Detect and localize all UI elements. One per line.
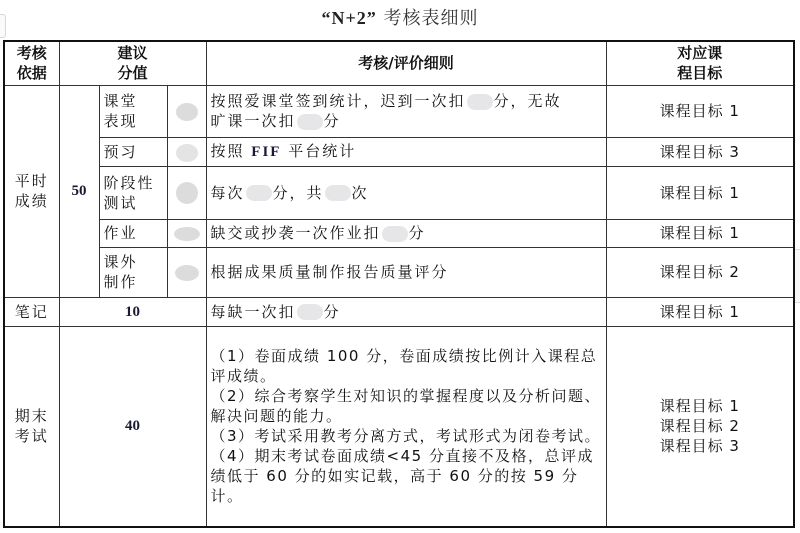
rule-text: 分，无故 [494,92,562,110]
header-goal-line1: 对应课 [611,43,790,63]
redaction-blob-icon [174,227,200,241]
redaction-blob-icon [297,114,323,130]
rule-platform: FIF [251,144,281,160]
item-score-redacted [167,85,206,137]
rule-text: 平台统计 [281,142,356,160]
section-label-line1: 期末 [9,406,55,426]
item-goal: 课程目标 1 [606,297,794,326]
table-row: 作业 缺交或抄袭一次作业扣分 课程目标 1 [4,219,794,247]
redaction-blob-icon [467,94,493,110]
item-goal: 课程目标 3 [606,137,794,166]
final-rule-3: （3）考试采用教考分离方式，考试形式为闭卷考试。 [211,426,602,446]
item-rule: 缺交或抄袭一次作业扣分 [206,219,606,247]
section-label-line2: 成绩 [9,191,55,211]
section-score-notes: 10 [59,297,206,326]
item-name-line2: 表现 [104,111,163,131]
rule-text: 按照 [211,142,252,160]
section-score-final: 40 [59,326,206,527]
header-rules: 考核/评价细则 [206,41,606,85]
item-score-redacted [167,166,206,219]
redaction-blob-icon [297,304,323,320]
item-rule: 根据成果质量制作报告质量评分 [206,247,606,297]
redaction-blob-icon [176,103,198,121]
header-basis-line2: 依据 [9,63,55,83]
title-latin: “N+2” [322,8,377,28]
rule-text: 分 [324,303,341,321]
header-score: 建议 分值 [59,41,206,85]
header-basis-line1: 考核 [9,43,55,63]
item-goal: 课程目标 1 [606,219,794,247]
item-name-line1: 课堂 [104,91,163,111]
table-row: 期末 考试 40 （1）卷面成绩 100 分，卷面成绩按比例计入课程总评成绩。 … [4,326,794,527]
goal-line: 课程目标 1 [611,396,790,416]
rule-text: 旷课一次扣 [211,112,296,130]
table-row: 平时 成绩 50 课堂 表现 按照爱课堂签到统计，迟到一次扣分，无故 旷课一次扣… [4,85,794,137]
item-name-line2: 测试 [104,193,163,213]
item-name: 作业 [99,219,167,247]
section-label-final: 期末 考试 [4,326,59,527]
item-name: 阶段性 测试 [99,166,167,219]
section-label-notes: 笔记 [4,297,59,326]
item-name: 课堂 表现 [99,85,167,137]
header-goal-line2: 程目标 [611,63,790,83]
rule-text: 分 [324,112,341,130]
header-basis: 考核 依据 [4,41,59,85]
table-row: 阶段性 测试 每次分，共次 课程目标 1 [4,166,794,219]
item-rule: 每次分，共次 [206,166,606,219]
table-row: 预习 按照 FIF 平台统计 课程目标 3 [4,137,794,166]
rule-text: 分 [409,224,426,242]
title-text: 考核表细则 [377,8,479,29]
redaction-blob-icon [176,144,198,162]
final-rule-2: （2）综合考察学生对知识的掌握程度以及分析问题、解决问题的能力。 [211,386,602,426]
page-title: “N+2” 考核表细则 [0,4,800,30]
rule-text: 按照爱课堂签到统计，迟到一次扣 [211,92,466,110]
redaction-blob-icon [325,185,351,201]
item-name: 课外 制作 [99,247,167,297]
item-rule: 按照 FIF 平台统计 [206,137,606,166]
goal-line: 课程目标 2 [611,416,790,436]
item-goal: 课程目标 1 [606,85,794,137]
item-goal: 课程目标 1 [606,166,794,219]
header-score-line1: 建议 [64,43,202,63]
section-label-regular: 平时 成绩 [4,85,59,297]
header-score-line2: 分值 [64,63,202,83]
redaction-blob-icon [176,182,198,204]
table-row: 笔记 10 每缺一次扣分 课程目标 1 [4,297,794,326]
final-rule-4: （4）期末考试卷面成绩<45 分直接不及格，总评成绩低于 60 分的如实记载，高… [211,446,602,506]
assessment-table: 考核 依据 建议 分值 考核/评价细则 对应课 程目标 平时 成绩 50 课堂 … [3,40,795,528]
redaction-blob-icon [382,226,408,242]
table-header-row: 考核 依据 建议 分值 考核/评价细则 对应课 程目标 [4,41,794,85]
item-goal: 课程目标 2 [606,247,794,297]
rule-text: 每缺一次扣 [211,303,296,321]
item-name: 预习 [99,137,167,166]
item-rule: 按照爱课堂签到统计，迟到一次扣分，无故 旷课一次扣分 [206,85,606,137]
section-label-line2: 考试 [9,426,55,446]
rule-text: 每次 [211,184,245,202]
item-rule: 每缺一次扣分 [206,297,606,326]
section-label-line1: 平时 [9,171,55,191]
item-name-line1: 阶段性 [104,173,163,193]
section-score-regular: 50 [59,85,99,297]
rule-text: 分，共 [273,184,324,202]
item-name-line1: 课外 [104,252,163,272]
item-score-redacted [167,137,206,166]
redaction-blob-icon [246,185,272,201]
final-rule-1: （1）卷面成绩 100 分，卷面成绩按比例计入课程总评成绩。 [211,346,602,386]
final-goals: 课程目标 1 课程目标 2 课程目标 3 [606,326,794,527]
header-goal: 对应课 程目标 [606,41,794,85]
table-row: 课外 制作 根据成果质量制作报告质量评分 课程目标 2 [4,247,794,297]
goal-line: 课程目标 3 [611,436,790,456]
item-score-redacted [167,247,206,297]
rule-text: 次 [352,184,369,202]
rule-text: 缺交或抄袭一次作业扣 [211,224,381,242]
item-score-redacted [167,219,206,247]
redaction-blob-icon [175,265,199,281]
item-name-line2: 制作 [104,272,163,292]
final-exam-rules: （1）卷面成绩 100 分，卷面成绩按比例计入课程总评成绩。 （2）综合考察学生… [206,326,606,527]
